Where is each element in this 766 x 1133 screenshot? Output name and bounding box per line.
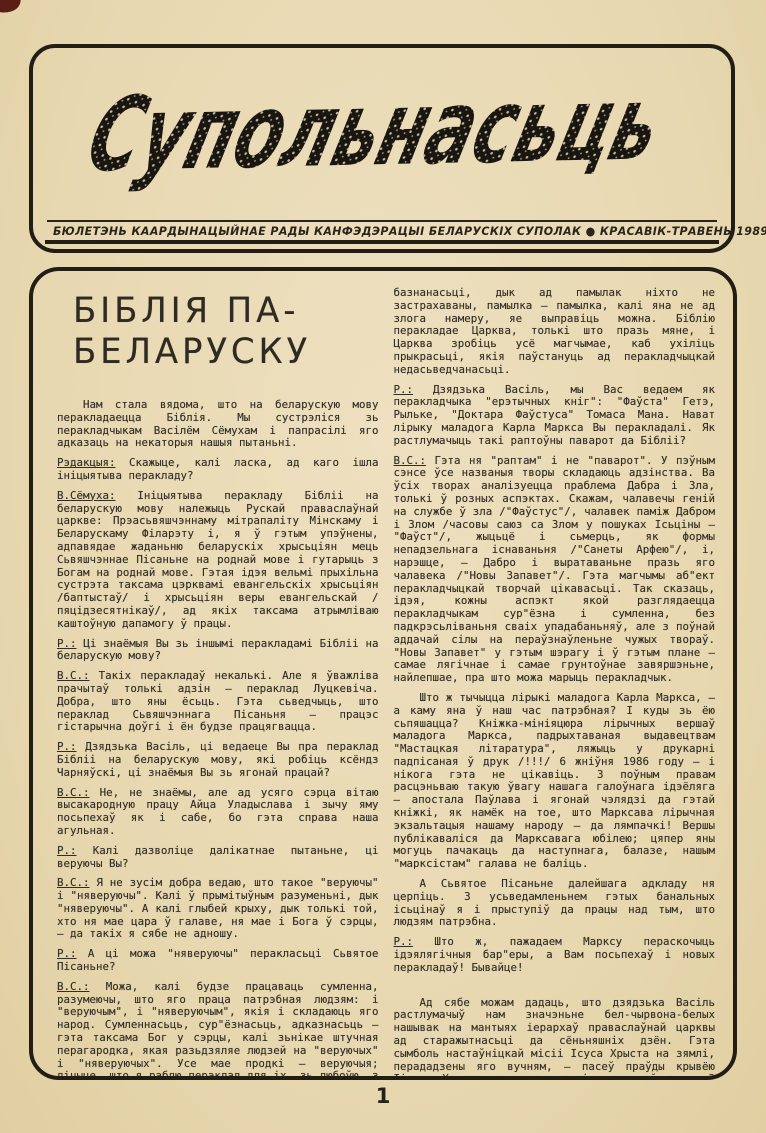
speaker-label: В.С.: <box>57 980 90 993</box>
article-paragraph: Р.: А ці можа "няверуючы" перакласьці Сь… <box>57 948 379 974</box>
newsletter-logo: Супольнасьць Супольнасьць <box>60 49 711 213</box>
article-paragraph: В.С.: Можа, калі будзе працаваць сумленн… <box>57 981 379 1080</box>
masthead-box: Супольнасьць Супольнасьць БЮЛЕТЭНЬ КААРД… <box>29 44 735 253</box>
speaker-label: Р.: <box>394 935 414 948</box>
article-title: БІБЛІЯ ПА- БЕЛАРУСКУ <box>73 291 369 373</box>
article-paragraph: В.С.: Такіх перакладаў некалькі. Але я ў… <box>57 670 379 734</box>
article-paragraph: В.С.: Гэта ня "раптам" і не "паварот". У… <box>394 455 716 685</box>
article-paragraph: В.С.: Не, не знаёмы, але ад усяго сэрца … <box>57 787 379 838</box>
speaker-label: Р.: <box>57 740 77 753</box>
masthead-subtitle-block: БЮЛЕТЭНЬ КААРДЫНАЦЫЙНАЕ РАДЫ КАНФЭДЭРАЦЫ… <box>45 220 719 244</box>
right-column-text: базнанасьці, дык ад памылак ніхто не зас… <box>394 287 716 1080</box>
speaker-label: Р.: <box>57 844 77 857</box>
article-paragraph: Р.: Што ж, пажадаем Марксу пераскочыць і… <box>394 936 716 974</box>
scan-artifact-mark <box>0 0 21 15</box>
left-column-text: Нам стала вядома, што на беларускую мову… <box>57 399 379 1080</box>
right-column: базнанасьці, дык ад памылак ніхто не зас… <box>394 287 716 1068</box>
article-paragraph: В.Сёмуха: Ініцыятыва перакладу Бібліі на… <box>57 490 379 631</box>
article-title-line1: БІБЛІЯ ПА- <box>73 291 299 331</box>
masthead-subtitle: БЮЛЕТЭНЬ КААРДЫНАЦЫЙНАЕ РАДЫ КАНФЭДЭРАЦЫ… <box>53 225 766 239</box>
article-paragraph: Р.: Дзядзька Васіль, мы Вас ведаем як пе… <box>394 384 716 448</box>
article-paragraph: Што ж тычыцца лірыкі маладога Карла Марк… <box>394 692 716 871</box>
speaker-label: Р.: <box>394 383 414 396</box>
speaker-label: Рэдакцыя: <box>57 456 116 469</box>
article-box: БІБЛІЯ ПА- БЕЛАРУСКУ Нам стала вядома, ш… <box>29 267 737 1080</box>
subtitle-rule-bottom <box>45 240 719 244</box>
article-paragraph: базнанасьці, дык ад памылак ніхто не зас… <box>394 287 716 377</box>
article-paragraph: А Сьвятое Пісаньне далейшага адкладу ня … <box>394 878 716 929</box>
svg-text:Супольнасьць: Супольнасьць <box>76 63 674 195</box>
speaker-label: В.С.: <box>57 786 90 799</box>
article-paragraph: Р.: Калі дазволіце далікатнае пытаньне, … <box>57 845 379 871</box>
speaker-label: Р.: <box>57 637 77 650</box>
left-column: БІБЛІЯ ПА- БЕЛАРУСКУ Нам стала вядома, ш… <box>57 287 379 1068</box>
article-paragraph: Рэдакцыя: Скажыце, калі ласка, ад каго і… <box>57 457 379 483</box>
speaker-label: В.Сёмуха: <box>57 489 116 502</box>
logo-lettering: Супольнасьць Супольнасьць <box>60 49 711 213</box>
article-title-line2: БЕЛАРУСКУ <box>73 332 311 372</box>
newsletter-page: Супольнасьць Супольнасьць БЮЛЕТЭНЬ КААРД… <box>0 0 766 1133</box>
article-paragraph: Нам стала вядома, што на беларускую мову… <box>57 399 379 450</box>
article-paragraph: Ад сябе можам дадаць, што дзядзька Васіл… <box>394 997 716 1080</box>
speaker-label: В.С.: <box>394 454 427 467</box>
speaker-label: В.С.: <box>57 876 90 889</box>
subtitle-rule-top <box>47 220 717 222</box>
page-number: 1 <box>0 1084 766 1108</box>
article-paragraph: В.С.: Я не зусім добра ведаю, што такое … <box>57 877 379 941</box>
article-paragraph: Р.: Ці знаёмыя Вы зь іншымі перакладамі … <box>57 638 379 664</box>
speaker-label: В.С.: <box>57 669 90 682</box>
speaker-label: Р.: <box>57 947 77 960</box>
article-paragraph: Р.: Дзядзька Васіль, ці ведаеце Вы пра п… <box>57 741 379 779</box>
